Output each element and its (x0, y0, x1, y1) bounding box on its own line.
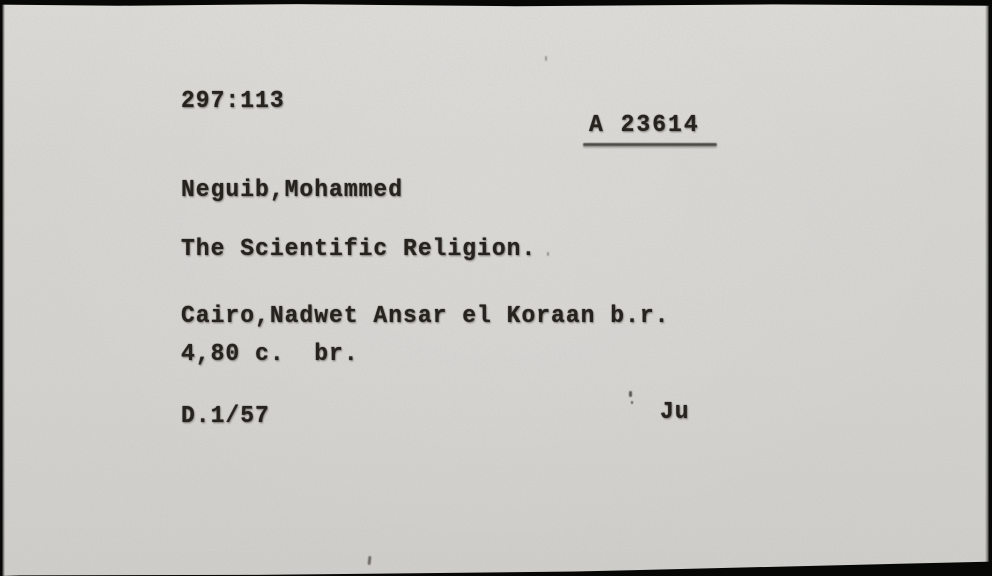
accession-number: A 23614 (589, 111, 700, 138)
classification-number: 297:113 (181, 87, 285, 114)
scan-edge-right (985, 0, 992, 576)
ink-speck (547, 252, 549, 256)
imprint-line: Cairo,Nadwet Ansar el Koraan b.r. (181, 302, 669, 329)
price-line: 4,80 c. br. (181, 340, 359, 367)
scan-edge-top (0, 0, 992, 8)
ink-speck (631, 401, 633, 404)
scanned-catalog-card: 297:113 A 23614 Neguib,Mohammed The Scie… (0, 0, 992, 576)
annotation-initials: Ju (660, 398, 690, 425)
ink-speck (629, 391, 632, 397)
accession-underline (583, 143, 717, 146)
ink-speck (545, 56, 547, 61)
scan-edge-left (0, 0, 5, 576)
date-code: D.1/57 (181, 402, 270, 429)
ink-speck (368, 556, 372, 565)
paper-grain-texture (0, 0, 992, 576)
title-line: The Scientific Religion. (181, 235, 536, 262)
scan-edge-bottom (0, 560, 992, 576)
author-line: Neguib,Mohammed (181, 176, 403, 203)
